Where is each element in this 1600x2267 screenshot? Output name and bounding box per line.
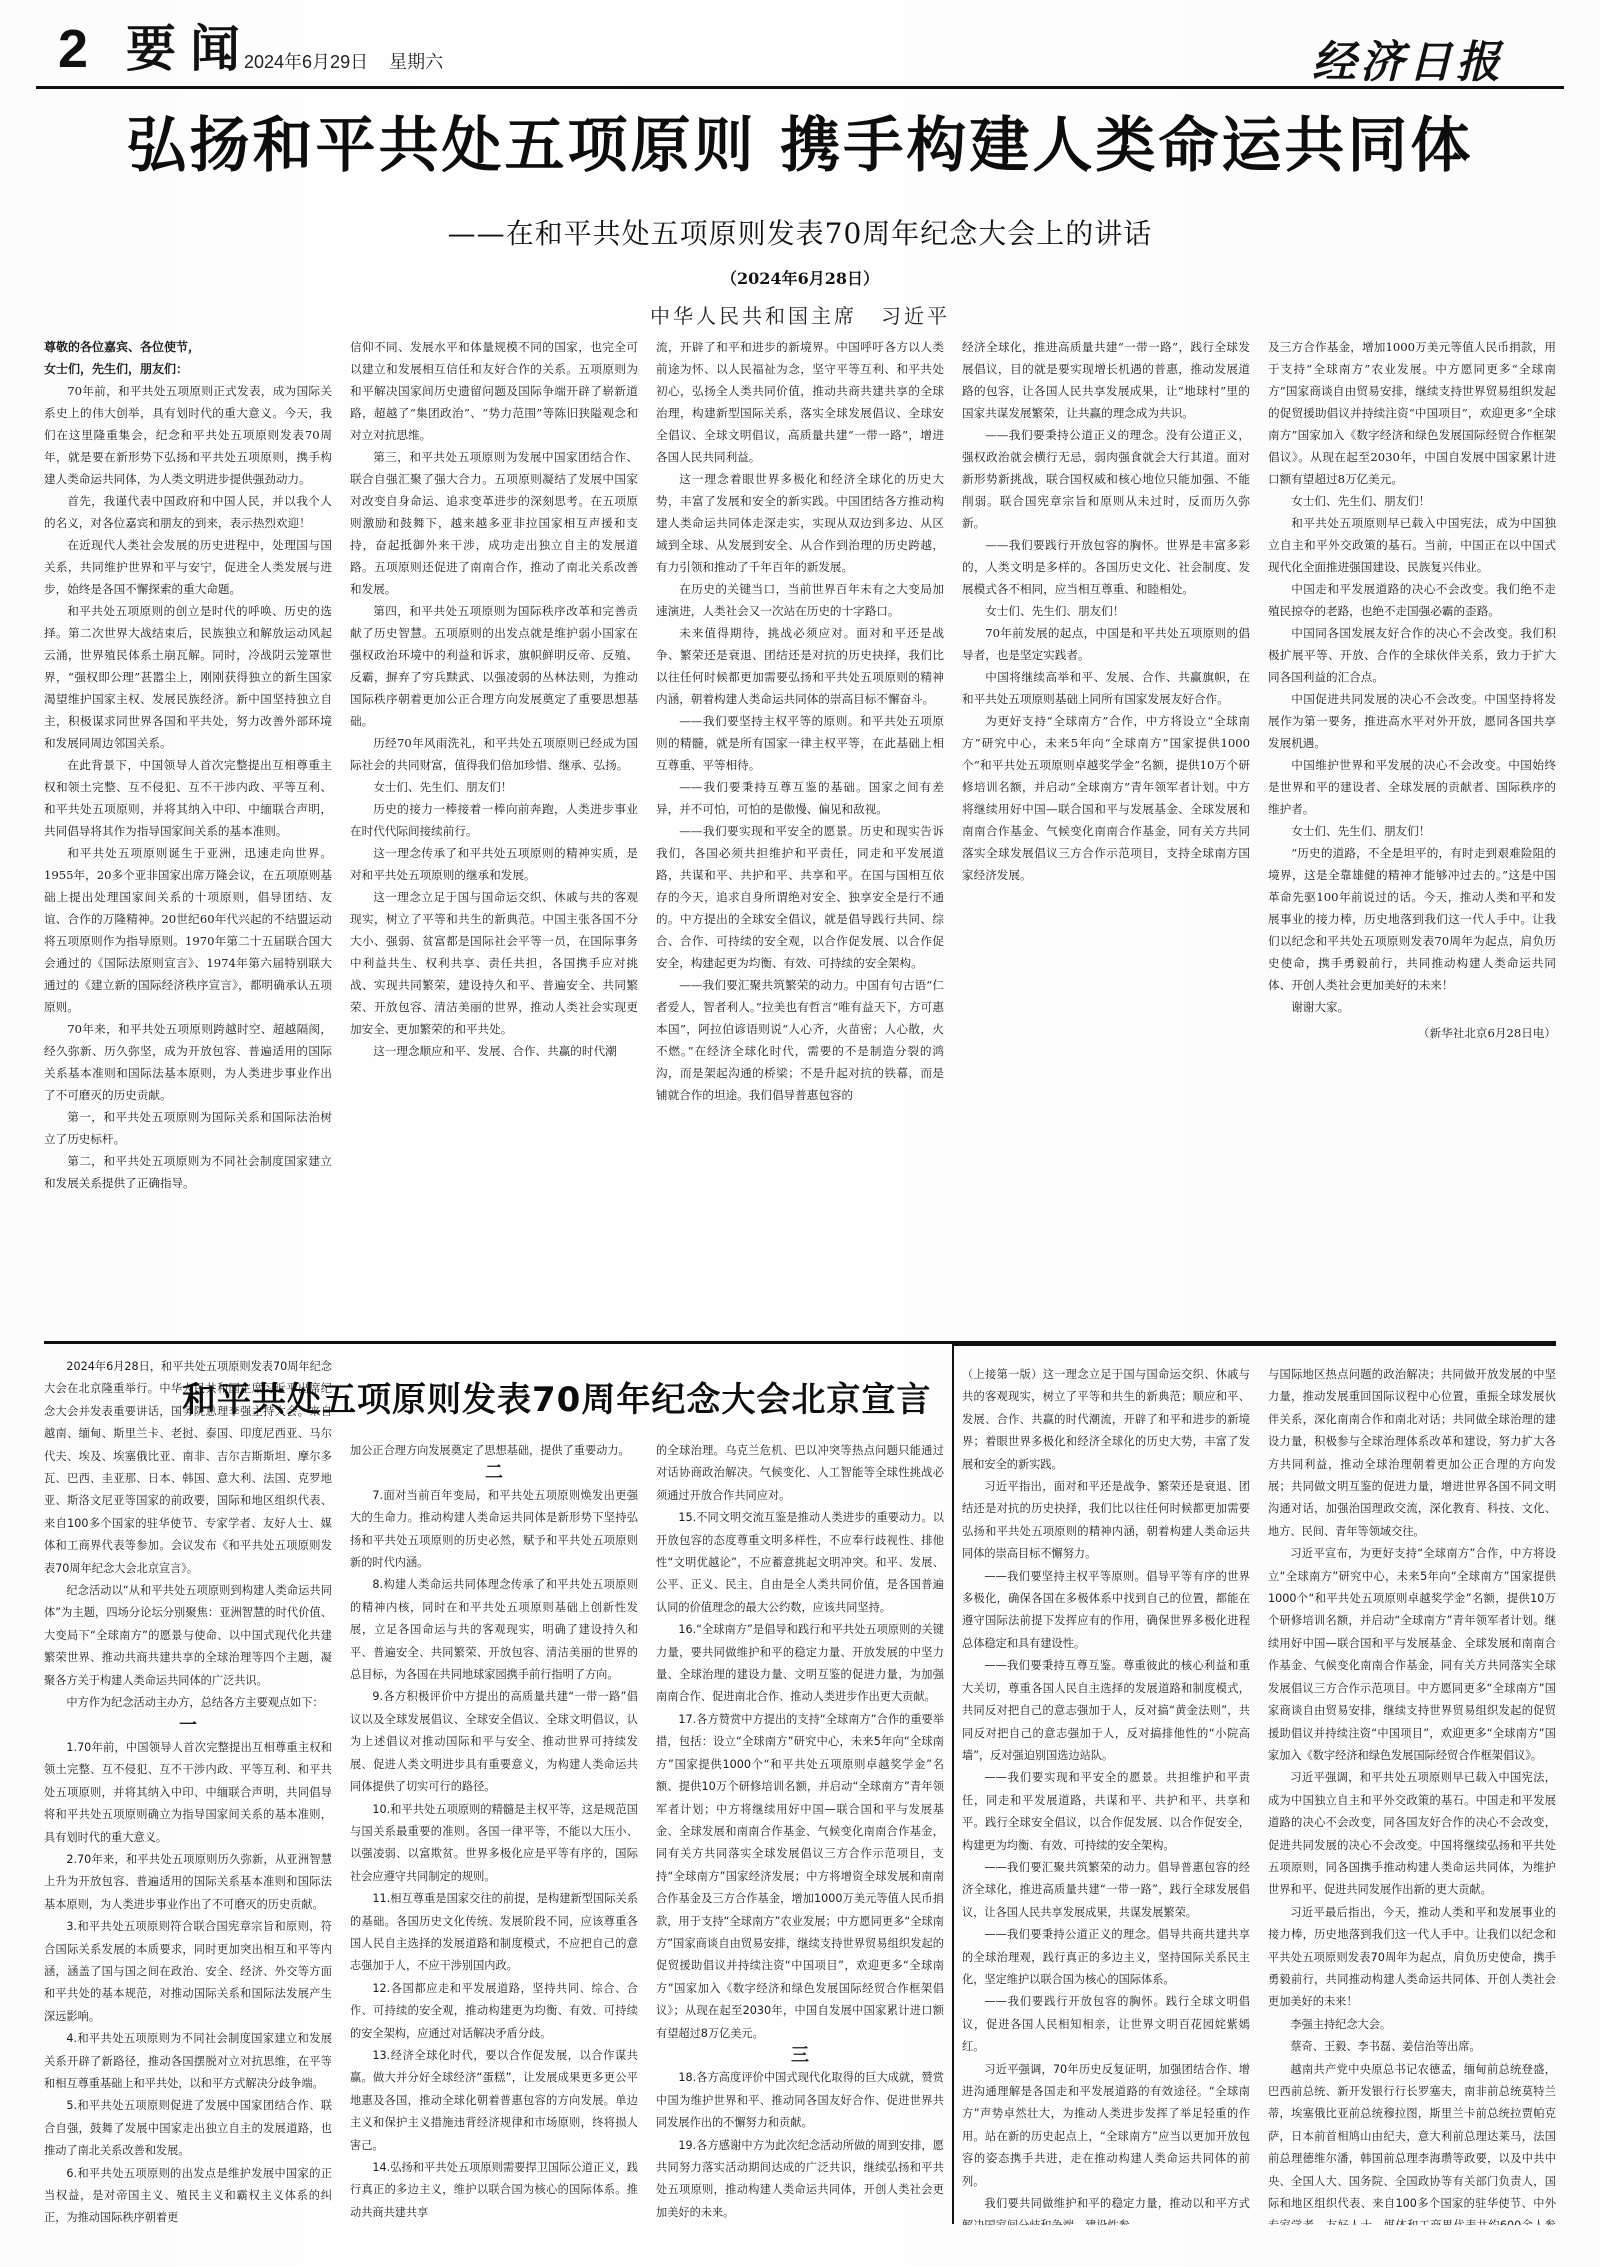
paragraph: 李强主持纪念大会。 <box>1268 2014 1556 2036</box>
paragraph: 纪念活动以“从和平共处五项原则到构建人类命运共同体”为主题，四场分论坛分别聚焦：… <box>44 1580 332 1692</box>
paragraph: 历经70年风雨洗礼，和平共处五项原则已经成为国际社会的共同财富，值得我们倍加珍惜… <box>350 732 638 776</box>
lower-section: 2024年6月28日，和平共处五项原则发表70周年纪念大会在北京隆重举行。中华人… <box>44 1356 1556 2225</box>
paragraph: 第三，和平共处五项原则为发展中国家团结合作、联合自强汇聚了强大合力。五项原则凝结… <box>350 446 638 600</box>
newspaper-logo: 经济日报 <box>1312 26 1504 90</box>
paragraph: 18.各方高度评价中国式现代化取得的巨大成就，赞赏中国为维护世界和平、推动同各国… <box>656 2067 944 2134</box>
paragraph: 70年前，和平共处五项原则正式发表，成为国际关系史上的伟大创举，具有划时代的重大… <box>44 380 332 490</box>
paragraph: ——我们要践行开放包容的胸怀。世界是丰富多彩的，人类文明是多样的。各国历史文化、… <box>962 534 1250 600</box>
paragraph: ——我们要坚持主权平等原则。倡导平等有序的世界多极化，确保各国在多极体系中找到自… <box>962 1566 1250 1656</box>
paragraph: 信仰不同、发展水平和体量规模不同的国家，也完全可以建立和发展相互信任和友好合作的… <box>350 336 638 446</box>
paragraph: 4.和平共处五项原则为不同社会制度国家建立和发展关系开辟了新路径，推动各国摆脱对… <box>44 2028 332 2095</box>
paragraph: 70年来，和平共处五项原则跨越时空、超越隔阂，经久弥新、历久弥坚，成为开放包容、… <box>44 1018 332 1106</box>
page-number: 2 <box>58 22 88 76</box>
paragraph: ——我们要秉持公道正义的理念。没有公道正义，强权政治就会横行无忌，弱肉强食就会大… <box>962 424 1250 534</box>
paragraph: “历史的道路，不全是坦平的，有时走到艰难险阻的境界，这是全靠雄健的精神才能够冲过… <box>1268 842 1556 996</box>
paragraph: 2.70年来，和平共处五项原则历久弥新，从亚洲智慧上升为开放包容、普遍适用的国际… <box>44 1849 332 1916</box>
paragraph: 中国促进共同发展的决心不会改变。中国坚持将发展作为第一要务，推进高水平对外开放，… <box>1268 688 1556 754</box>
paragraph: ——我们要实现和平安全的愿景。共担维护和平责任，同走和平发展道路，共谋和平、共护… <box>962 1767 1250 1857</box>
report-column-1: （上接第一版）这一理念立足于国与国命运交织、休戚与共的客观现实，树立了平等和共生… <box>962 1356 1250 2225</box>
paragraph: 女士们、先生们、朋友们！ <box>350 776 638 798</box>
section-name: 要闻 <box>126 24 254 74</box>
speech-column-4: 经济全球化，推进高质量共建“一带一路”，践行全球发展倡议，目的就是要实现增长机遇… <box>962 336 1250 1336</box>
paragraph: 6.和平共处五项原则的出发点是维护发展中国家的正当权益，是对帝国主义、殖民主义和… <box>44 2163 332 2225</box>
paragraph: ——我们要坚持主权平等的原则。和平共处五项原则的精髓，就是所有国家一律主权平等，… <box>656 710 944 776</box>
paragraph: ——我们要实现和平安全的愿景。历史和现实告诉我们，各国必须共担维护和平责任，同走… <box>656 820 944 974</box>
paragraph: 12.各国都应走和平发展道路，坚持共同、综合、合作、可持续的安全观，推动构建更为… <box>350 1978 638 2045</box>
declaration-column-1: 2024年6月28日，和平共处五项原则发表70周年纪念大会在北京隆重举行。中华人… <box>44 1356 332 2225</box>
paragraph: 19.各方感谢中方为此次纪念活动所做的周到安排，愿共同努力落实活动期间达成的广泛… <box>656 2135 944 2225</box>
issue-date-text: 2024年6月29日 <box>244 52 368 72</box>
paragraph: 蔡奇、王毅、李书磊、姜信治等出席。 <box>1268 2036 1556 2058</box>
paragraph: 中国同各国发展友好合作的决心不会改变。我们积极扩展平等、开放、合作的全球伙伴关系… <box>1268 622 1556 688</box>
speech-subhead: ——在和平共处五项原则发表70周年纪念大会上的讲话 <box>0 212 1600 252</box>
issue-weekday: 星期六 <box>389 52 443 72</box>
declaration-column-3: 的全球治理。乌克兰危机、巴以冲突等热点问题只能通过对话协商政治解决。气候变化、人… <box>656 1356 944 2225</box>
issue-date: 2024年6月29日 星期六 <box>244 48 459 74</box>
paragraph: 这一理念传承了和平共处五项原则的精神实质，是对和平共处五项原则的继承和发展。 <box>350 842 638 886</box>
speech-date: （2024年6月28日） <box>0 266 1600 289</box>
paragraph: 2024年6月28日，和平共处五项原则发表70周年纪念大会在北京隆重举行。中华人… <box>44 1356 332 1580</box>
paragraph: 在近现代人类社会发展的历史进程中，处理国与国关系，共同维护世界和平与安宁，促进全… <box>44 534 332 600</box>
masthead-rule <box>36 86 1564 89</box>
part-heading: 一 <box>44 1715 332 1737</box>
paragraph: 11.相互尊重是国家交往的前提，是构建新型国际关系的基础。各国历史文化传统、发展… <box>350 1888 638 1978</box>
paragraph: 16.“全球南方”是倡导和践行和平共处五项原则的关键力量，要共同做维护和平的稳定… <box>656 1619 944 1709</box>
paragraph: 习近平指出，面对和平还是战争、繁荣还是衰退、团结还是对抗的历史抉择，我们比以往任… <box>962 1476 1250 1566</box>
paragraph: 习近平强调，和平共处五项原则早已载入中国宪法，成为中国独立自主和平外交政策的基石… <box>1268 1767 1556 1901</box>
paragraph: 我们要共同做维护和平的稳定力量，推动以和平方式解决国家间分歧和争端，建设性参 <box>962 2193 1250 2225</box>
paragraph: ——我们要汇聚共筑繁荣的动力。倡导普惠包容的经济全球化，推进高质量共建“一带一路… <box>962 1857 1250 1924</box>
paragraph: 10.和平共处五项原则的精髓是主权平等，这是规范国与国关系最重要的准则。各国一律… <box>350 1799 638 1889</box>
part-heading: 三 <box>656 2045 944 2067</box>
paragraph: 这一理念着眼世界多极化和经济全球化的历史大势，丰富了发展和安全的新实践。中国团结… <box>656 468 944 578</box>
speech-column-5: 及三方合作基金，增加1000万美元等值人民币捐款，用于支持“全球南方”农业发展。… <box>1268 336 1556 1336</box>
paragraph: 14.弘扬和平共处五项原则需要捍卫国际公道正义，践行真正的多边主义，维护以联合国… <box>350 2157 638 2224</box>
paragraph: 经济全球化，推进高质量共建“一带一路”，践行全球发展倡议，目的就是要实现增长机遇… <box>962 336 1250 424</box>
paragraph: 15.不同文明交流互鉴是推动人类进步的重要动力。以开放包容的态度尊重文明多样性，… <box>656 1507 944 1619</box>
paragraph: 中国将继续高举和平、发展、合作、共赢旗帜，在和平共处五项原则基础上同所有国家发展… <box>962 666 1250 710</box>
paragraph: 与国际地区热点问题的政治解决；共同做开放发展的中坚力量，推动发展重回国际议程中心… <box>1268 1364 1556 1543</box>
paragraph: 谢谢大家。 <box>1268 996 1556 1018</box>
paragraph: 为更好支持“全球南方”合作，中方将设立“全球南方”研究中心，未来5年向“全球南方… <box>962 710 1250 886</box>
paragraph: ——我们要践行开放包容的胸怀。践行全球文明倡议，促进各国人民相知相亲，让世界文明… <box>962 1991 1250 2058</box>
paragraph: 中国维护世界和平发展的决心不会改变。中国始终是世界和平的建设者、全球发展的贡献者… <box>1268 754 1556 820</box>
paragraph: 13.经济全球化时代，要以合作促发展，以合作谋共赢。做大并分好全球经济“蛋糕”，… <box>350 2045 638 2157</box>
masthead: 2 要闻 2024年6月29日 星期六 经济日报 <box>36 0 1564 88</box>
byline-title: 中华人民共和国主席 <box>650 304 857 328</box>
byline-name: 习近平 <box>881 304 950 328</box>
paragraph: 7.面对当前百年变局，和平共处五项原则焕发出更强大的生命力。推动构建人类命运共同… <box>350 1485 638 1575</box>
paragraph: 女士们、先生们、朋友们！ <box>1268 820 1556 842</box>
dateline-signoff: （新华社北京6月28日电） <box>1268 1022 1556 1044</box>
paragraph: 女士们、先生们、朋友们！ <box>1268 490 1556 512</box>
report-column-2: 与国际地区热点问题的政治解决；共同做开放发展的中坚力量，推动发展重回国际议程中心… <box>1268 1356 1556 2225</box>
paragraph: 8.构建人类命运共同体理念传承了和平共处五项原则的精神内核，同时在和平共处五项原… <box>350 1574 638 1686</box>
paragraph: ——我们要秉持公道正义的理念。倡导共商共建共享的全球治理观，践行真正的多边主义，… <box>962 1924 1250 1991</box>
paragraph: 的全球治理。乌克兰危机、巴以冲突等热点问题只能通过对话协商政治解决。气候变化、人… <box>656 1440 944 1507</box>
report-top-rule <box>952 1344 1556 1346</box>
paragraph: 习近平宣布，为更好支持“全球南方”合作，中方将设立“全球南方”研究中心，未来5年… <box>1268 1543 1556 1767</box>
paragraph: 历史的接力一棒接着一棒向前奔跑，人类进步事业在时代代际间接续前行。 <box>350 798 638 842</box>
paragraph: 3.和平共处五项原则符合联合国宪章宗旨和原则，符合国际关系发展的本质要求，同时更… <box>44 1916 332 2028</box>
speech-column-2: 信仰不同、发展水平和体量规模不同的国家，也完全可以建立和发展相互信任和友好合作的… <box>350 336 638 1336</box>
paragraph: 这一理念顺应和平、发展、合作、共赢的时代潮 <box>350 1040 638 1062</box>
paragraph: 女士们、先生们、朋友们！ <box>962 600 1250 622</box>
paragraph: 第一，和平共处五项原则为国际关系和国际法治树立了历史标杆。 <box>44 1106 332 1150</box>
paragraph: ——我们要汇聚共筑繁荣的动力。中国有句古语“仁者爱人，智者利人。”拉美也有哲言“… <box>656 974 944 1106</box>
paragraph: 和平共处五项原则诞生于亚洲，迅速走向世界。1955年，20多个亚非国家出席万隆会… <box>44 842 332 1018</box>
paragraph: 及三方合作基金，增加1000万美元等值人民币捐款，用于支持“全球南方”农业发展。… <box>1268 336 1556 490</box>
speech-headline: 弘扬和平共处五项原则 携手构建人类命运共同体 <box>0 112 1600 181</box>
paragraph: 习近平最后指出，今天，推动人类和平和发展事业的接力棒，历史地落到我们这一代人手中… <box>1268 1902 1556 2014</box>
paragraph: 和平共处五项原则早已载入中国宪法，成为中国独立自主和平外交政策的基石。当前，中国… <box>1268 512 1556 578</box>
paragraph: 加公正合理方向发展奠定了思想基础，提供了重要动力。 <box>350 1440 638 1462</box>
paragraph: ——我们要秉持互尊互鉴的基础。国家之间有差异，并不可怕，可怕的是傲慢、偏见和敌视… <box>656 776 944 820</box>
paragraph: 第四，和平共处五项原则为国际秩序改革和完善贡献了历史智慧。五项原则的出发点就是维… <box>350 600 638 732</box>
speech-column-3: 流，开辟了和平和进步的新境界。中国呼吁各方以人类前途为怀、以人民福祉为念，坚守平… <box>656 336 944 1336</box>
salutation: 女士们，先生们，朋友们： <box>44 358 332 380</box>
paragraph: 5.和平共处五项原则促进了发展中国家团结合作、联合自强，鼓舞了发展中国家走出独立… <box>44 2095 332 2162</box>
paragraph: 习近平强调，70年历史反复证明，加强团结合作、增进沟通理解是各国走和平发展道路的… <box>962 2059 1250 2193</box>
paragraph: 首先，我谨代表中国政府和中国人民，并以我个人的名义，对各位嘉宾和朋友的到来，表示… <box>44 490 332 534</box>
paragraph: 和平共处五项原则的创立是时代的呼唤、历史的选择。第二次世界大战结束后，民族独立和… <box>44 600 332 754</box>
paragraph: 在历史的关键当口，当前世界百年未有之大变局加速演进，人类社会又一次站在历史的十字… <box>656 578 944 622</box>
paragraph: 70年前发展的起点，中国是和平共处五项原则的倡导者，也是坚定实践者。 <box>962 622 1250 666</box>
paragraph: 9.各方积极评价中方提出的高质量共建“一带一路”倡议以及全球发展倡议、全球安全倡… <box>350 1686 638 1798</box>
paragraph: 流，开辟了和平和进步的新境界。中国呼吁各方以人类前途为怀、以人民福祉为念，坚守平… <box>656 336 944 468</box>
salutation: 尊敬的各位嘉宾、各位使节， <box>44 336 332 358</box>
paragraph: 越南共产党中央原总书记农德孟，缅甸前总统登盛，巴西前总统、新开发银行行长罗塞夫，… <box>1268 2059 1556 2225</box>
paragraph: 17.各方赞赏中方提出的支持“全球南方”合作的重要举措，包括：设立“全球南方”研… <box>656 1709 944 2045</box>
paragraph: 未来值得期待，挑战必须应对。面对和平还是战争、繁荣还是衰退、团结还是对抗的历史抉… <box>656 622 944 710</box>
speech-body: 尊敬的各位嘉宾、各位使节， 女士们，先生们，朋友们： 70年前，和平共处五项原则… <box>44 336 1556 1336</box>
paragraph: 在此背景下，中国领导人首次完整提出互相尊重主权和领土完整、互不侵犯、互不干涉内政… <box>44 754 332 842</box>
paragraph: 中方作为纪念活动主办方，总结各方主要观点如下： <box>44 1692 332 1714</box>
byline: 中华人民共和国主席习近平 <box>0 300 1600 329</box>
paragraph: （上接第一版）这一理念立足于国与国命运交织、休戚与共的客观现实，树立了平等和共生… <box>962 1364 1250 1476</box>
paragraph: 第二，和平共处五项原则为不同社会制度国家建立和发展关系提供了正确指导。 <box>44 1150 332 1194</box>
part-heading: 二 <box>350 1462 638 1484</box>
paragraph: 这一理念立足于国与国命运交织、休戚与共的客观现实，树立了平等和共生的新典范。中国… <box>350 886 638 1040</box>
declaration-column-2: 加公正合理方向发展奠定了思想基础，提供了重要动力。 二 7.面对当前百年变局，和… <box>350 1356 638 2225</box>
paragraph: 中国走和平发展道路的决心不会改变。我们绝不走殖民掠夺的老路，也绝不走国强必霸的歪… <box>1268 578 1556 622</box>
paragraph: ——我们要秉持互尊互鉴。尊重彼此的核心利益和重大关切，尊重各国人民自主选择的发展… <box>962 1655 1250 1767</box>
speech-column-1: 尊敬的各位嘉宾、各位使节， 女士们，先生们，朋友们： 70年前，和平共处五项原则… <box>44 336 332 1336</box>
paragraph: 1.70年前，中国领导人首次完整提出互相尊重主权和领土完整、互不侵犯、互不干涉内… <box>44 1737 332 1849</box>
